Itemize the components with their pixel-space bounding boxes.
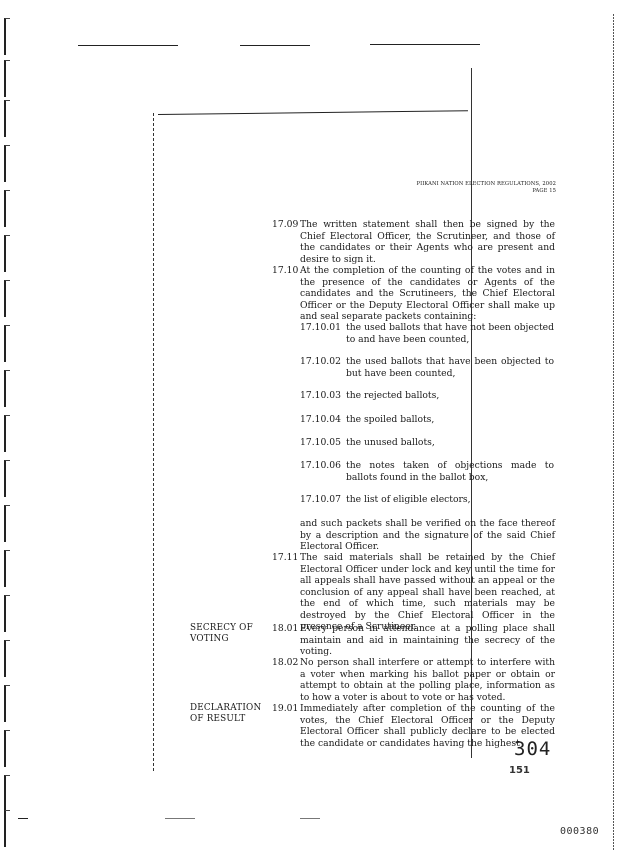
section-text: At the completion of the counting of the… — [300, 265, 555, 323]
binder-mark — [4, 235, 10, 272]
section-number: 19.01 — [272, 703, 298, 715]
scan-rule-bottom — [165, 818, 195, 819]
subitem-text: the spoiled ballots, — [346, 414, 554, 426]
binder-mark — [4, 775, 10, 812]
section-number: 18.01 — [272, 623, 298, 635]
subitem-number: 17.10.03 — [300, 390, 341, 402]
side-heading-secrecy: SECRECY OF VOTING — [190, 623, 253, 645]
binder-mark — [4, 640, 10, 677]
subitem-text: the notes taken of objections made to ba… — [346, 460, 554, 483]
handwritten-number: 304 — [514, 738, 551, 760]
page-stamp: 151 — [509, 765, 530, 776]
subitem-text: the rejected ballots, — [346, 390, 554, 402]
subitem-number: 17.10.04 — [300, 414, 341, 426]
scan-rule-bottom — [300, 818, 320, 819]
subitem-number: 17.10.02 — [300, 356, 341, 368]
subitem-text: the used ballots that have been objected… — [346, 356, 554, 379]
subitem-text: the unused ballots, — [346, 437, 554, 449]
binder-mark — [4, 505, 10, 542]
binder-mark — [4, 730, 10, 767]
scan-right-edge — [613, 14, 614, 850]
subitem-number: 17.10.05 — [300, 437, 341, 449]
binder-mark — [4, 370, 10, 407]
fold-line — [153, 113, 154, 773]
section-number: 18.02 — [272, 657, 298, 669]
page-edge-rule — [158, 110, 468, 115]
scan-rule-top-middle — [240, 45, 310, 46]
binder-mark — [4, 18, 10, 55]
binder-mark — [4, 460, 10, 497]
subitem-number: 17.10.07 — [300, 494, 341, 506]
binder-mark — [4, 415, 10, 452]
binder-mark — [4, 685, 10, 722]
binder-mark — [4, 325, 10, 362]
subitem-number: 17.10.01 — [300, 322, 341, 334]
section-number: 17.09 — [272, 219, 298, 231]
section-text: No person shall interfere or attempt to … — [300, 657, 555, 703]
scan-rule-top-right — [370, 44, 480, 45]
subitem-text: the list of eligible electors, — [346, 494, 554, 506]
running-header-page: PAGE 15 — [416, 188, 556, 195]
bates-number: 000380 — [560, 826, 599, 837]
binder-mark — [4, 60, 10, 97]
section-text: The written statement shall then be sign… — [300, 219, 555, 265]
section-text: The said materials shall be retained by … — [300, 552, 555, 633]
side-heading-declaration: DECLARATION OF RESULT — [190, 703, 261, 725]
section-closing: and such packets shall be verified on th… — [300, 518, 555, 553]
subitem-text: the used ballots that have not been obje… — [346, 322, 554, 345]
binder-mark — [4, 280, 10, 317]
binder-mark — [4, 810, 10, 847]
running-header: PIIKANI NATION ELECTION REGULATIONS, 200… — [416, 181, 556, 195]
subitem-number: 17.10.06 — [300, 460, 341, 472]
binder-mark — [4, 100, 10, 137]
section-number: 17.11 — [272, 552, 298, 564]
binder-mark — [4, 595, 10, 632]
section-text: Every person in attendance at a polling … — [300, 623, 555, 658]
binder-mark — [4, 550, 10, 587]
binder-mark — [4, 190, 10, 227]
scan-rule-top-left — [78, 45, 178, 46]
running-header-title: PIIKANI NATION ELECTION REGULATIONS, 200… — [416, 181, 556, 188]
binder-mark — [4, 145, 10, 182]
scan-rule-bottom — [18, 818, 28, 819]
section-number: 17.10 — [272, 265, 298, 277]
